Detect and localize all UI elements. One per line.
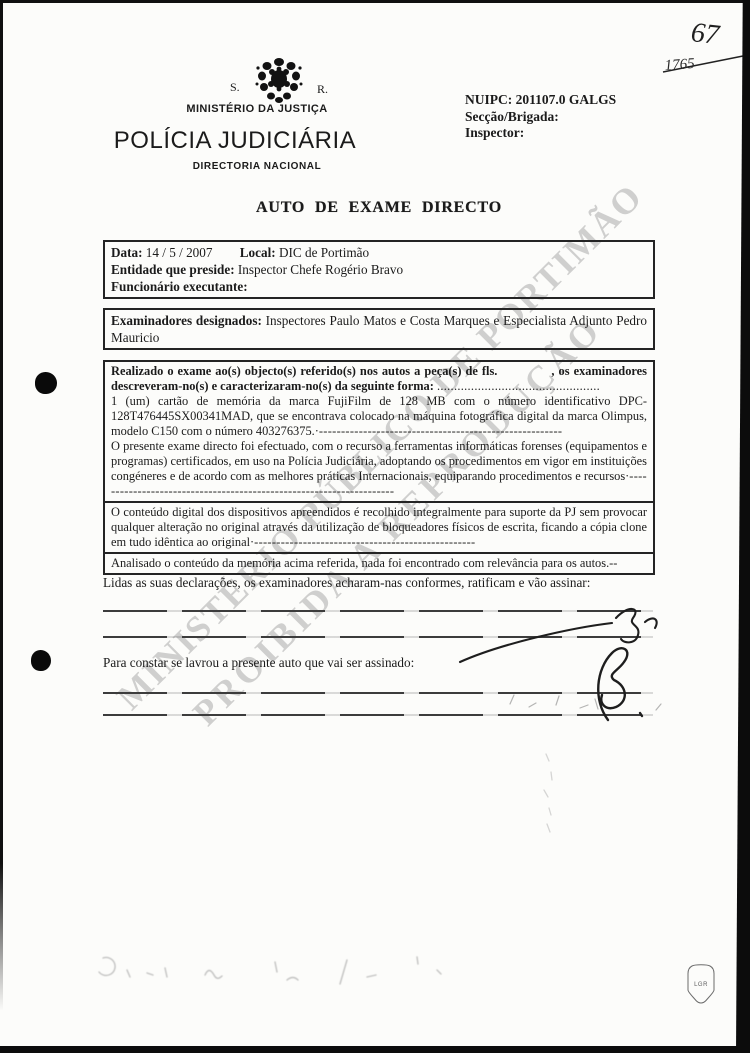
document-title: AUTO DE EXAME DIRECTO: [103, 199, 655, 217]
info-line-executor: Funcionário executante:: [111, 278, 647, 295]
exam-intro: Realizado o exame ao(s) objecto(s) refer…: [111, 364, 647, 394]
signature-clerk-icon: [598, 648, 642, 720]
signatures-overlay: [430, 592, 670, 742]
inspector-line: Inspector:: [465, 125, 616, 142]
local-label: Local:: [240, 245, 276, 260]
executor-label: Funcionário executante:: [111, 279, 248, 294]
handwritten-number-below: 1765: [664, 56, 696, 74]
exam-paragraph-method: O presente exame directo foi efectuado, …: [111, 439, 647, 499]
hole-punch-bottom: [31, 650, 51, 671]
exam-paragraph-clone: O conteúdo digital dos dispositivos apre…: [111, 505, 647, 550]
handwritten-number: 67: [689, 17, 721, 51]
date-value: 14 / 5 / 2007: [146, 245, 213, 260]
info-line-date-local: Data: 14 / 5 / 2007 Local: DIC de Portim…: [111, 244, 647, 261]
exam-paragraph-object: 1 (um) cartão de memória da marca FujiFi…: [111, 394, 647, 439]
scan-edge-bottom: [0, 1046, 750, 1053]
examiners-label: Examinadores designados:: [111, 313, 262, 328]
badge-stamp: LGR: [684, 963, 718, 1007]
scan-edge-right: [736, 0, 750, 1053]
examiners-box: Examinadores designados: Inspectores Pau…: [103, 308, 655, 350]
nuipc-line: NUIPC: 201107.0 GALGS: [465, 92, 616, 109]
crest-letter-r: R.: [317, 82, 328, 97]
seccao-line: Secção/Brigada:: [465, 109, 616, 126]
scan-edge-left: [0, 0, 3, 1053]
scan-edge-top: [0, 0, 750, 3]
info-box: Data: 14 / 5 / 2007 Local: DIC de Portim…: [103, 240, 655, 299]
exam-paragraph-result: Analisado o conteúdo da memória acima re…: [111, 556, 647, 571]
dash-fill: ----------------------------------------…: [254, 535, 475, 549]
faint-smudge-marks: [534, 750, 574, 840]
crest-letter-s: S.: [230, 80, 240, 95]
coat-of-arms-icon: [250, 56, 308, 104]
organization-name: POLÍCIA JUDICIÁRIA: [112, 127, 358, 155]
exam-box: Realizado o exame ao(s) objecto(s) refer…: [103, 360, 655, 575]
document-page: MINISTÉRIO PÚBLICO DE PORTIMÃO PROIBIDA …: [0, 0, 750, 1053]
handwritten-page-numbers: 67 1765: [655, 6, 747, 84]
statement-ratify: Lidas as suas declarações, os examinador…: [103, 575, 655, 591]
case-reference-block: NUIPC: 201107.0 GALGS Secção/Brigada: In…: [465, 92, 616, 142]
info-line-presider: Entidade que preside: Inspector Chefe Ro…: [111, 261, 647, 278]
date-label: Data:: [111, 245, 143, 260]
presider-label: Entidade que preside:: [111, 262, 235, 277]
ministry-name: MINISTÉRIO DA JUSTIÇA: [158, 103, 356, 115]
hole-punch-top: [35, 372, 57, 394]
exam-section-clone: O conteúdo digital dos dispositivos apre…: [105, 501, 653, 552]
faint-stamp-marks: [85, 950, 505, 1000]
exam-intro-lead: Realizado o exame ao(s) objecto(s) refer…: [111, 364, 497, 378]
exam-intro-dots: ........................................…: [437, 379, 600, 393]
badge-text: LGR: [694, 982, 708, 988]
exam-section-result: Analisado o conteúdo da memória acima re…: [105, 552, 653, 573]
local-value: DIC de Portimão: [279, 245, 369, 260]
division-name: DIRECTORIA NACIONAL: [158, 161, 356, 172]
faint-handwriting-marks: [510, 695, 661, 710]
exam-section-description: Realizado o exame ao(s) objecto(s) refer…: [105, 362, 653, 501]
exam-paragraph-method-text: O presente exame directo foi efectuado, …: [111, 439, 647, 483]
presider-value: Inspector Chefe Rogério Bravo: [238, 262, 403, 277]
dash-fill: ----------------------------------------…: [319, 424, 562, 438]
